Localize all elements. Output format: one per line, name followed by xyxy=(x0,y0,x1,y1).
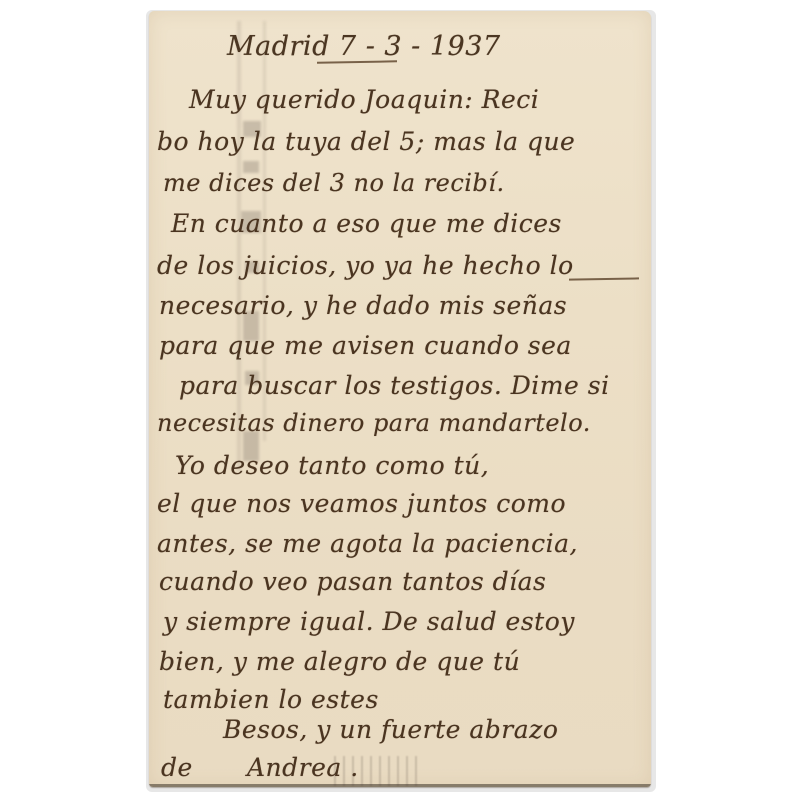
letter-line-14: y siempre igual. De salud estoy xyxy=(163,609,575,634)
postcard: Madrid 7 - 3 - 1937 Muy querido Joaquin:… xyxy=(149,11,651,787)
letter-line-5: de los juicios, yo ya he hecho lo xyxy=(157,253,574,278)
letter-date-header: Madrid 7 - 3 - 1937 xyxy=(227,33,501,60)
closing-line: Besos, y un fuerte abrazo xyxy=(223,717,558,742)
letter-line-13: cuando veo pasan tantos días xyxy=(159,569,546,594)
letter-line-9: necesitas dinero para mandartelo. xyxy=(157,411,591,435)
letter-line-2: bo hoy la tuya del 5; mas la que xyxy=(157,129,575,154)
letter-line-1: Muy querido Joaquin: Reci xyxy=(189,87,539,112)
letter-line-3: me dices del 3 no la recibí. xyxy=(163,171,505,195)
letter-line-7: para que me avisen cuando sea xyxy=(159,333,572,358)
line-5-underline xyxy=(569,277,639,280)
handwritten-letter: Madrid 7 - 3 - 1937 Muy querido Joaquin:… xyxy=(149,11,651,787)
letter-line-16: tambien lo estes xyxy=(163,687,379,712)
letter-line-10: Yo deseo tanto como tú, xyxy=(175,453,489,478)
letter-line-11: el que nos veamos juntos como xyxy=(157,491,566,516)
header-underline xyxy=(317,60,397,63)
letter-line-15: bien, y me alegro de que tú xyxy=(159,649,520,674)
letter-line-6: necesario, y he dado mis señas xyxy=(159,293,567,318)
letter-line-4: En cuanto a eso que me dices xyxy=(171,211,562,236)
letter-line-8: para buscar los testigos. Dime si xyxy=(179,373,610,398)
letter-line-12: antes, se me agota la paciencia, xyxy=(157,531,578,556)
signature: Andrea . xyxy=(247,755,359,780)
closing-from-word: de xyxy=(161,755,193,780)
